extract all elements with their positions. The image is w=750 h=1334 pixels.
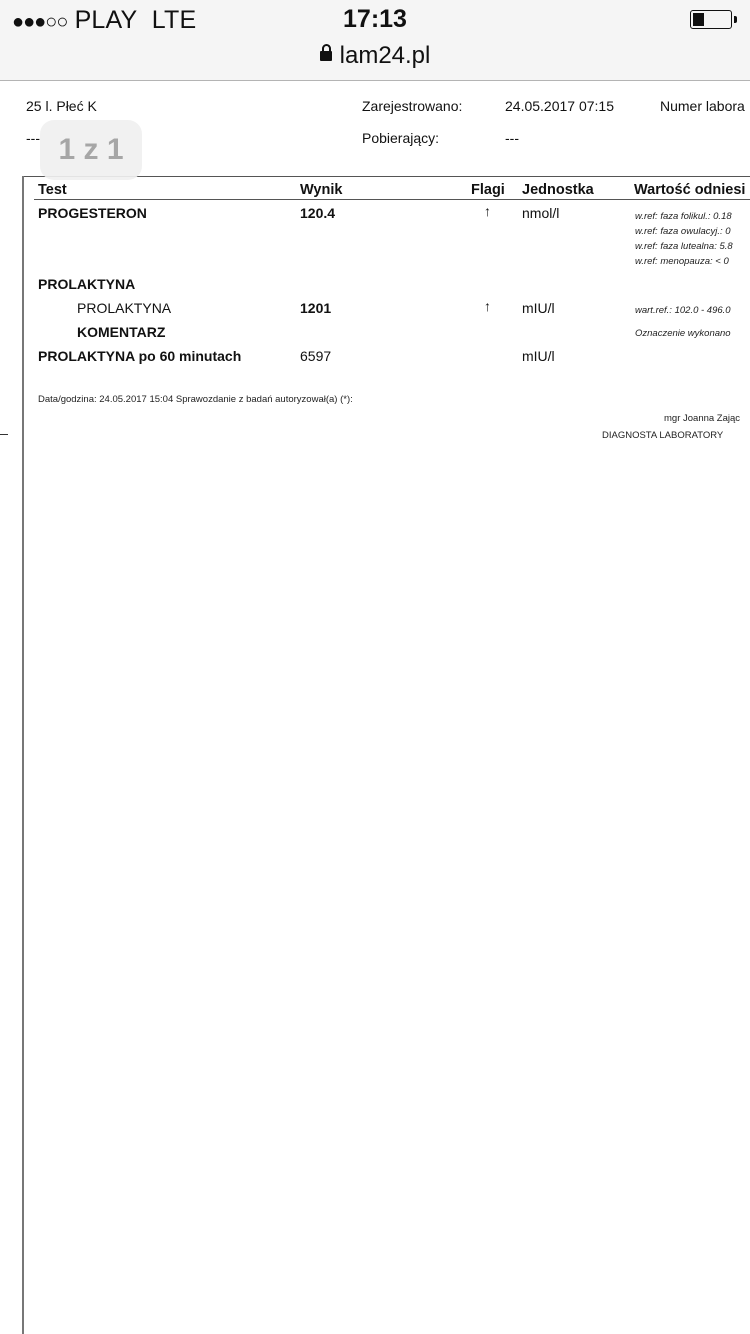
col-header-unit: Jednostka: [522, 182, 594, 198]
lab-number-label: Numer labora: [660, 98, 745, 114]
registered-label: Zarejestrowano:: [362, 98, 462, 114]
row-unit: mIU/l: [522, 348, 555, 364]
row-ref: wart.ref.: 102.0 - 496.0: [635, 305, 731, 316]
row-test: KOMENTARZ: [77, 324, 165, 340]
col-header-result: Wynik: [300, 182, 342, 198]
clock: 17:13: [0, 5, 750, 34]
signer-name: mgr Joanna Zając: [664, 413, 740, 424]
row-ref: w.ref: faza folikul.: 0.18: [635, 211, 732, 222]
margin-tick: [0, 434, 8, 435]
signer-title: DIAGNOSTA LABORATORY: [602, 430, 723, 441]
col-header-test: Test: [38, 182, 67, 198]
lock-icon: [320, 51, 332, 61]
patient-age-sex: 25 l. Płeć K: [26, 98, 97, 114]
lab-report-document: 92012301020 Pobrano: 24.05.2017 25 l. Pł…: [0, 0, 750, 1334]
registered-value: 24.05.2017 07:15: [505, 98, 614, 114]
authorization-note: Data/godzina: 24.05.2017 15:04 Sprawozda…: [38, 394, 353, 405]
battery-icon: [690, 10, 732, 29]
row-test: PROGESTERON: [38, 205, 147, 221]
collector-label: Pobierający:: [362, 130, 439, 146]
col-header-ref: Wartość odniesi: [634, 182, 745, 198]
url-text[interactable]: lam24.pl: [340, 42, 431, 69]
row-ref: Oznaczenie wykonano: [635, 328, 731, 339]
header-divider: [34, 199, 750, 200]
collector-value: ---: [505, 130, 519, 146]
row-result: 6597: [300, 348, 331, 364]
row-ref: w.ref: faza owulacyj.: 0: [635, 226, 731, 237]
row-test: PROLAKTYNA po 60 minutach: [38, 348, 241, 364]
browser-status-bar: ●●●○○ PLAY LTE 17:13 lam24.pl: [0, 0, 750, 81]
patient-dash: ---: [26, 130, 40, 146]
row-result: 120.4: [300, 205, 335, 221]
row-unit: mIU/l: [522, 300, 555, 316]
page-indicator: 1 z 1: [40, 120, 142, 180]
address-bar[interactable]: lam24.pl: [0, 42, 750, 70]
row-test: PROLAKTYNA: [38, 276, 135, 292]
flag-up-arrow-icon: ↑: [484, 298, 491, 314]
row-result: 1201: [300, 300, 331, 316]
table-frame-left: [22, 176, 24, 1334]
row-test: PROLAKTYNA: [77, 300, 171, 316]
col-header-flags: Flagi: [471, 182, 505, 198]
row-unit: nmol/l: [522, 205, 559, 221]
flag-up-arrow-icon: ↑: [484, 203, 491, 219]
row-ref: w.ref: menopauza: < 0: [635, 256, 729, 267]
row-ref: w.ref: faza lutealna: 5.8: [635, 241, 733, 252]
